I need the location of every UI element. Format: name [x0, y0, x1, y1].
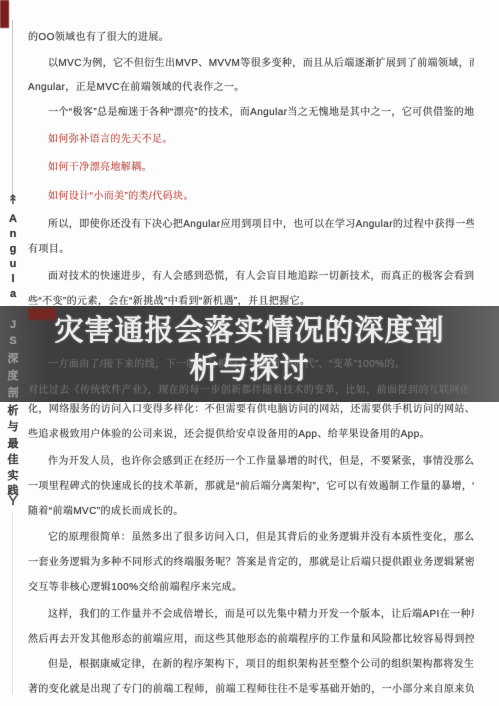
article-line: 然后再去开发其他形态的前端应用，而这些其他形态的前端程序的工作量和风险都比较容易…	[28, 633, 474, 646]
article-line: 面对技术的快速进步，有人会感到恐慌，有人会盲目地追踪一切新技术，而真正的极客会看…	[28, 270, 474, 283]
sidebar-char: 佳	[5, 453, 21, 467]
article-line: Angular，正是MVC在前端领域的代表作之一。	[28, 81, 474, 94]
overlay-title-line2: 析与探讨	[0, 350, 499, 388]
sidebar-char: l	[5, 272, 21, 286]
corner-red-mark	[0, 0, 9, 28]
article-line: 著的变化就是出现了专门的前端工程师，前端工程师往往不是零基础开始的，一小部分来自…	[28, 683, 474, 696]
article-line: 一项里程碑式的快速成长的技术革新，那就是“前后端分离架构”，它可以有效遏制工作量…	[28, 480, 474, 493]
article-line: 有项目。	[28, 243, 474, 256]
overlay-title-line1: 灾害通报会落实情况的深度剖	[0, 312, 499, 350]
article-line: 以MVC为例，它不但衍生出MVP、MVVM等很多变种，而且从后端逐渐扩展到了前端…	[28, 57, 474, 70]
article-line: 它的原理很简单：虽然多出了很多访问入口，但是其背后的业务逻辑并没有本质性变化，那…	[28, 531, 474, 544]
book-page: ↟ AngularJS深度剖析与最佳实践 Y 的OO领域也有了很大的进展。以MV…	[0, 0, 499, 706]
sidebar-char: 最	[5, 437, 21, 451]
article-line: 如何干净漂亮地解耦。	[28, 161, 474, 174]
sidebar-char: 析	[5, 404, 21, 418]
article-line: 一套业务逻辑为多种不同形式的终端服务呢？答案是肯定的，那就是让后端只提供跟业务逻…	[28, 556, 474, 569]
article-line: 随着“前端MVC”的成长而成长的。	[28, 505, 474, 518]
sidebar-char: g	[5, 242, 21, 256]
sidebar-char: a	[5, 287, 21, 301]
sidebar-char: u	[5, 257, 21, 271]
article-line: 但是，根据康威定律，在新的程序架构下，项目的组织架构甚至整个公司的组织架构都将发…	[28, 658, 474, 671]
overlay-title: 灾害通报会落实情况的深度剖 析与探讨	[0, 312, 499, 388]
article-line: 些追求极致用户体验的公司来说，还会提供给安卓设备用的App、给苹果设备用的App…	[28, 428, 474, 441]
arrow-up-icon: ↟	[4, 193, 22, 206]
arrow-down-icon: Y	[4, 494, 22, 507]
article-line: 如何设计“小而美”的类/代码块。	[28, 190, 474, 203]
sidebar-char: 剖	[5, 386, 21, 400]
sidebar-char: 实	[5, 469, 21, 483]
sidebar-char: n	[5, 227, 21, 241]
article-line: 交互等非核心逻辑100%交给前端程序来完成。	[28, 581, 474, 594]
article-line: 一个“极客”总是痴迷于各种“漂亮”的技术，而Angular当之无愧地是其中之一，…	[28, 106, 474, 119]
sidebar-rail-line-bottom	[12, 512, 13, 694]
sidebar-rail-line-top	[12, 20, 13, 196]
sidebar-char: 与	[5, 420, 21, 434]
article-line: 化，网络服务的访问入口变得多样化：不但需要有供电脑访问的网站，还需要供手机访问的…	[28, 403, 474, 416]
article-line: 所以，即使你还没有下决心把Angular应用到项目中，也可以在学习Angular…	[28, 218, 474, 231]
article-line: 的OO领域也有了很大的进展。	[28, 31, 474, 44]
article-line: 如何弥补语言的先天不足。	[28, 133, 474, 146]
sidebar-char: A	[5, 212, 21, 226]
article-line: 这样，我们的工作量并不会成倍增长，而是可以先集中精力开发一个版本，让后端API在…	[28, 608, 474, 621]
article-line: 作为开发人员，也许你会感到正在经历一个工作量暴增的时代，但是，不要紧张，事情没那…	[28, 455, 474, 468]
